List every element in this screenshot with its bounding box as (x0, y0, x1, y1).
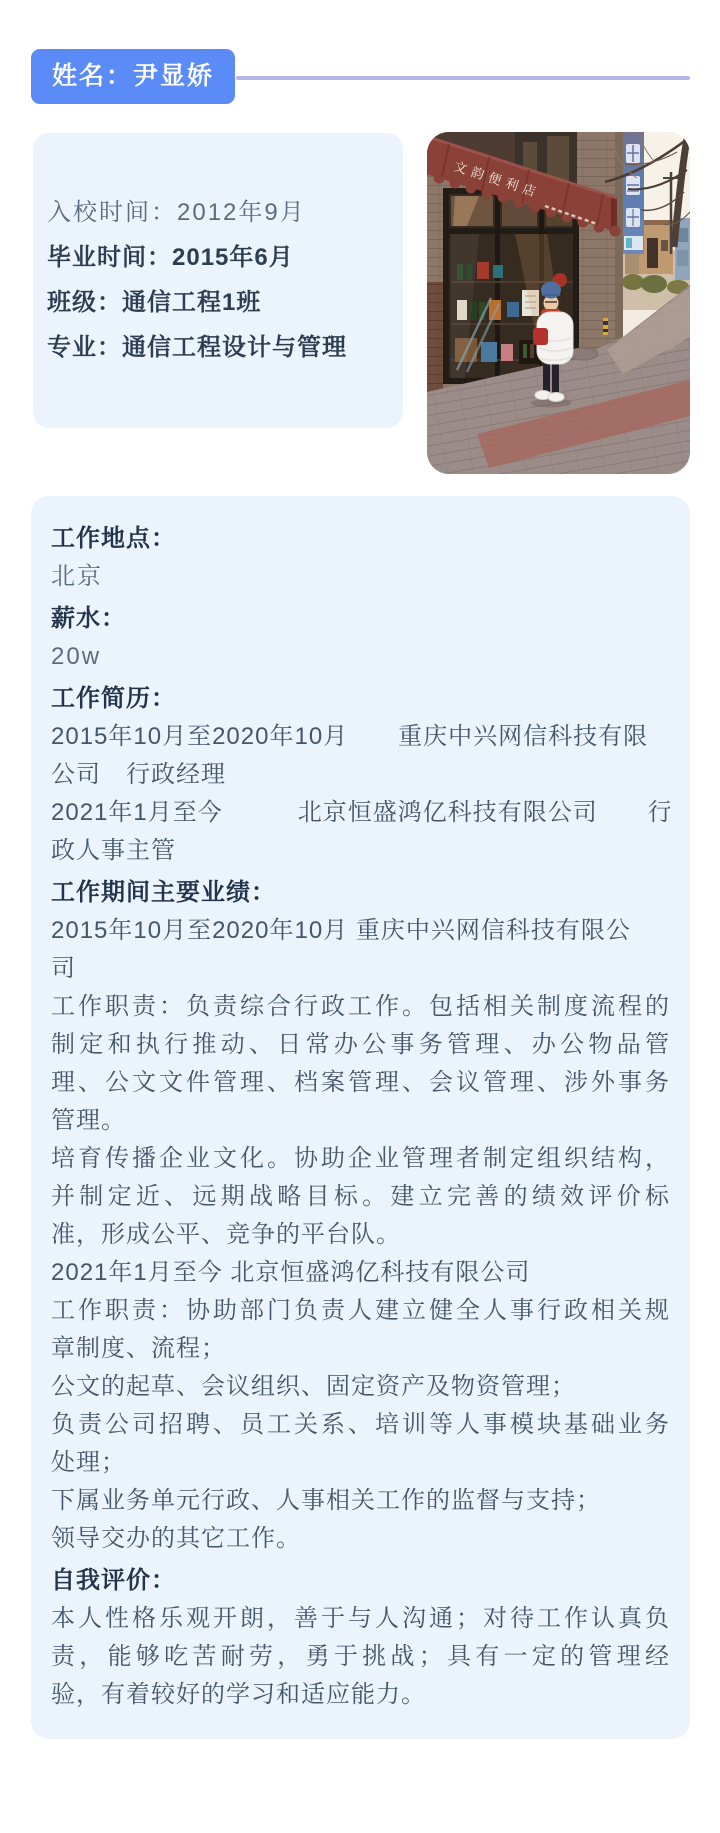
text-line: 专业：通信工程设计与管理 (47, 325, 389, 370)
text-line: 处理； (51, 1444, 670, 1482)
text-line: 工作期间主要业绩： (51, 874, 670, 912)
text-line: 司 (51, 950, 670, 988)
work-lines: 工作地点：北京薪水：20w工作简历：2015年10月至2020年10月 重庆中兴… (51, 520, 670, 1714)
text-line: 公文的起草、会议组织、固定资产及物资管理； (51, 1368, 670, 1406)
text-line: 2021年1月至今 北京恒盛鸿亿科技有限公司 (51, 1254, 670, 1292)
text-line: 验，有着较好的学习和适应能力。 (51, 1676, 670, 1714)
text-line: 班级：通信工程1班 (47, 280, 389, 325)
text-line: 培育传播企业文化。协助企业管理者制定组织结构， (51, 1140, 670, 1178)
text-line: 管理。 (51, 1102, 670, 1140)
text-line: 领导交办的其它工作。 (51, 1520, 670, 1558)
text-line: 北京 (51, 558, 670, 596)
text-line: 章制度、流程； (51, 1330, 670, 1368)
shop-sign (623, 132, 644, 254)
text-line: 工作职责：协助部门负责人建立健全人事行政相关规 (51, 1292, 670, 1330)
text-line: 准，形成公平、竞争的平台队。 (51, 1216, 670, 1254)
education-lines: 入校时间：2012年9月毕业时间：2015年6月班级：通信工程1班专业：通信工程… (47, 190, 389, 370)
text-line: 公司 行政经理 (51, 756, 670, 794)
text-line: 责，能够吃苦耐劳，勇于挑战；具有一定的管理经 (51, 1638, 670, 1676)
text-line: 政人事主管 (51, 832, 670, 870)
text-line: 入校时间：2012年9月 (47, 190, 389, 235)
text-line: 下属业务单元行政、人事相关工作的监督与支持； (51, 1482, 670, 1520)
profile-photo[interactable]: 文韵便利店 (427, 132, 690, 474)
text-line: 制定和执行推动、日常办公事务管理、办公物品管 (51, 1026, 670, 1064)
work-info-card: 工作地点：北京薪水：20w工作简历：2015年10月至2020年10月 重庆中兴… (31, 496, 690, 1739)
divider-line (236, 76, 690, 80)
text-line: 2021年1月至今 北京恒盛鸿亿科技有限公司 行 (51, 794, 670, 832)
name-badge: 姓名：尹显娇 (31, 49, 235, 104)
text-line: 毕业时间：2015年6月 (47, 235, 389, 280)
text-line: 工作职责：负责综合行政工作。包括相关制度流程的 (51, 988, 670, 1026)
text-line: 本人性格乐观开朗，善于与人沟通；对待工作认真负 (51, 1600, 670, 1638)
text-line: 2015年10月至2020年10月 重庆中兴网信科技有限公 (51, 912, 670, 950)
text-line: 薪水： (51, 600, 670, 638)
text-line: 负责公司招聘、员工关系、培训等人事模块基础业务 (51, 1406, 670, 1444)
text-line: 自我评价： (51, 1562, 670, 1600)
street-photo-illustration: 文韵便利店 (427, 132, 690, 474)
text-line: 2015年10月至2020年10月 重庆中兴网信科技有限 (51, 718, 670, 756)
text-line: 并制定近、远期战略目标。建立完善的绩效评价标 (51, 1178, 670, 1216)
text-line: 20w (51, 638, 670, 676)
profile-page: 姓名：尹显娇 入校时间：2012年9月毕业时间：2015年6月班级：通信工程1班… (0, 0, 720, 1833)
education-info-card: 入校时间：2012年9月毕业时间：2015年6月班级：通信工程1班专业：通信工程… (33, 133, 403, 428)
text-line: 工作简历： (51, 680, 670, 718)
text-line: 工作地点： (51, 520, 670, 558)
text-line: 理、公文文件管理、档案管理、会议管理、涉外事务 (51, 1064, 670, 1102)
